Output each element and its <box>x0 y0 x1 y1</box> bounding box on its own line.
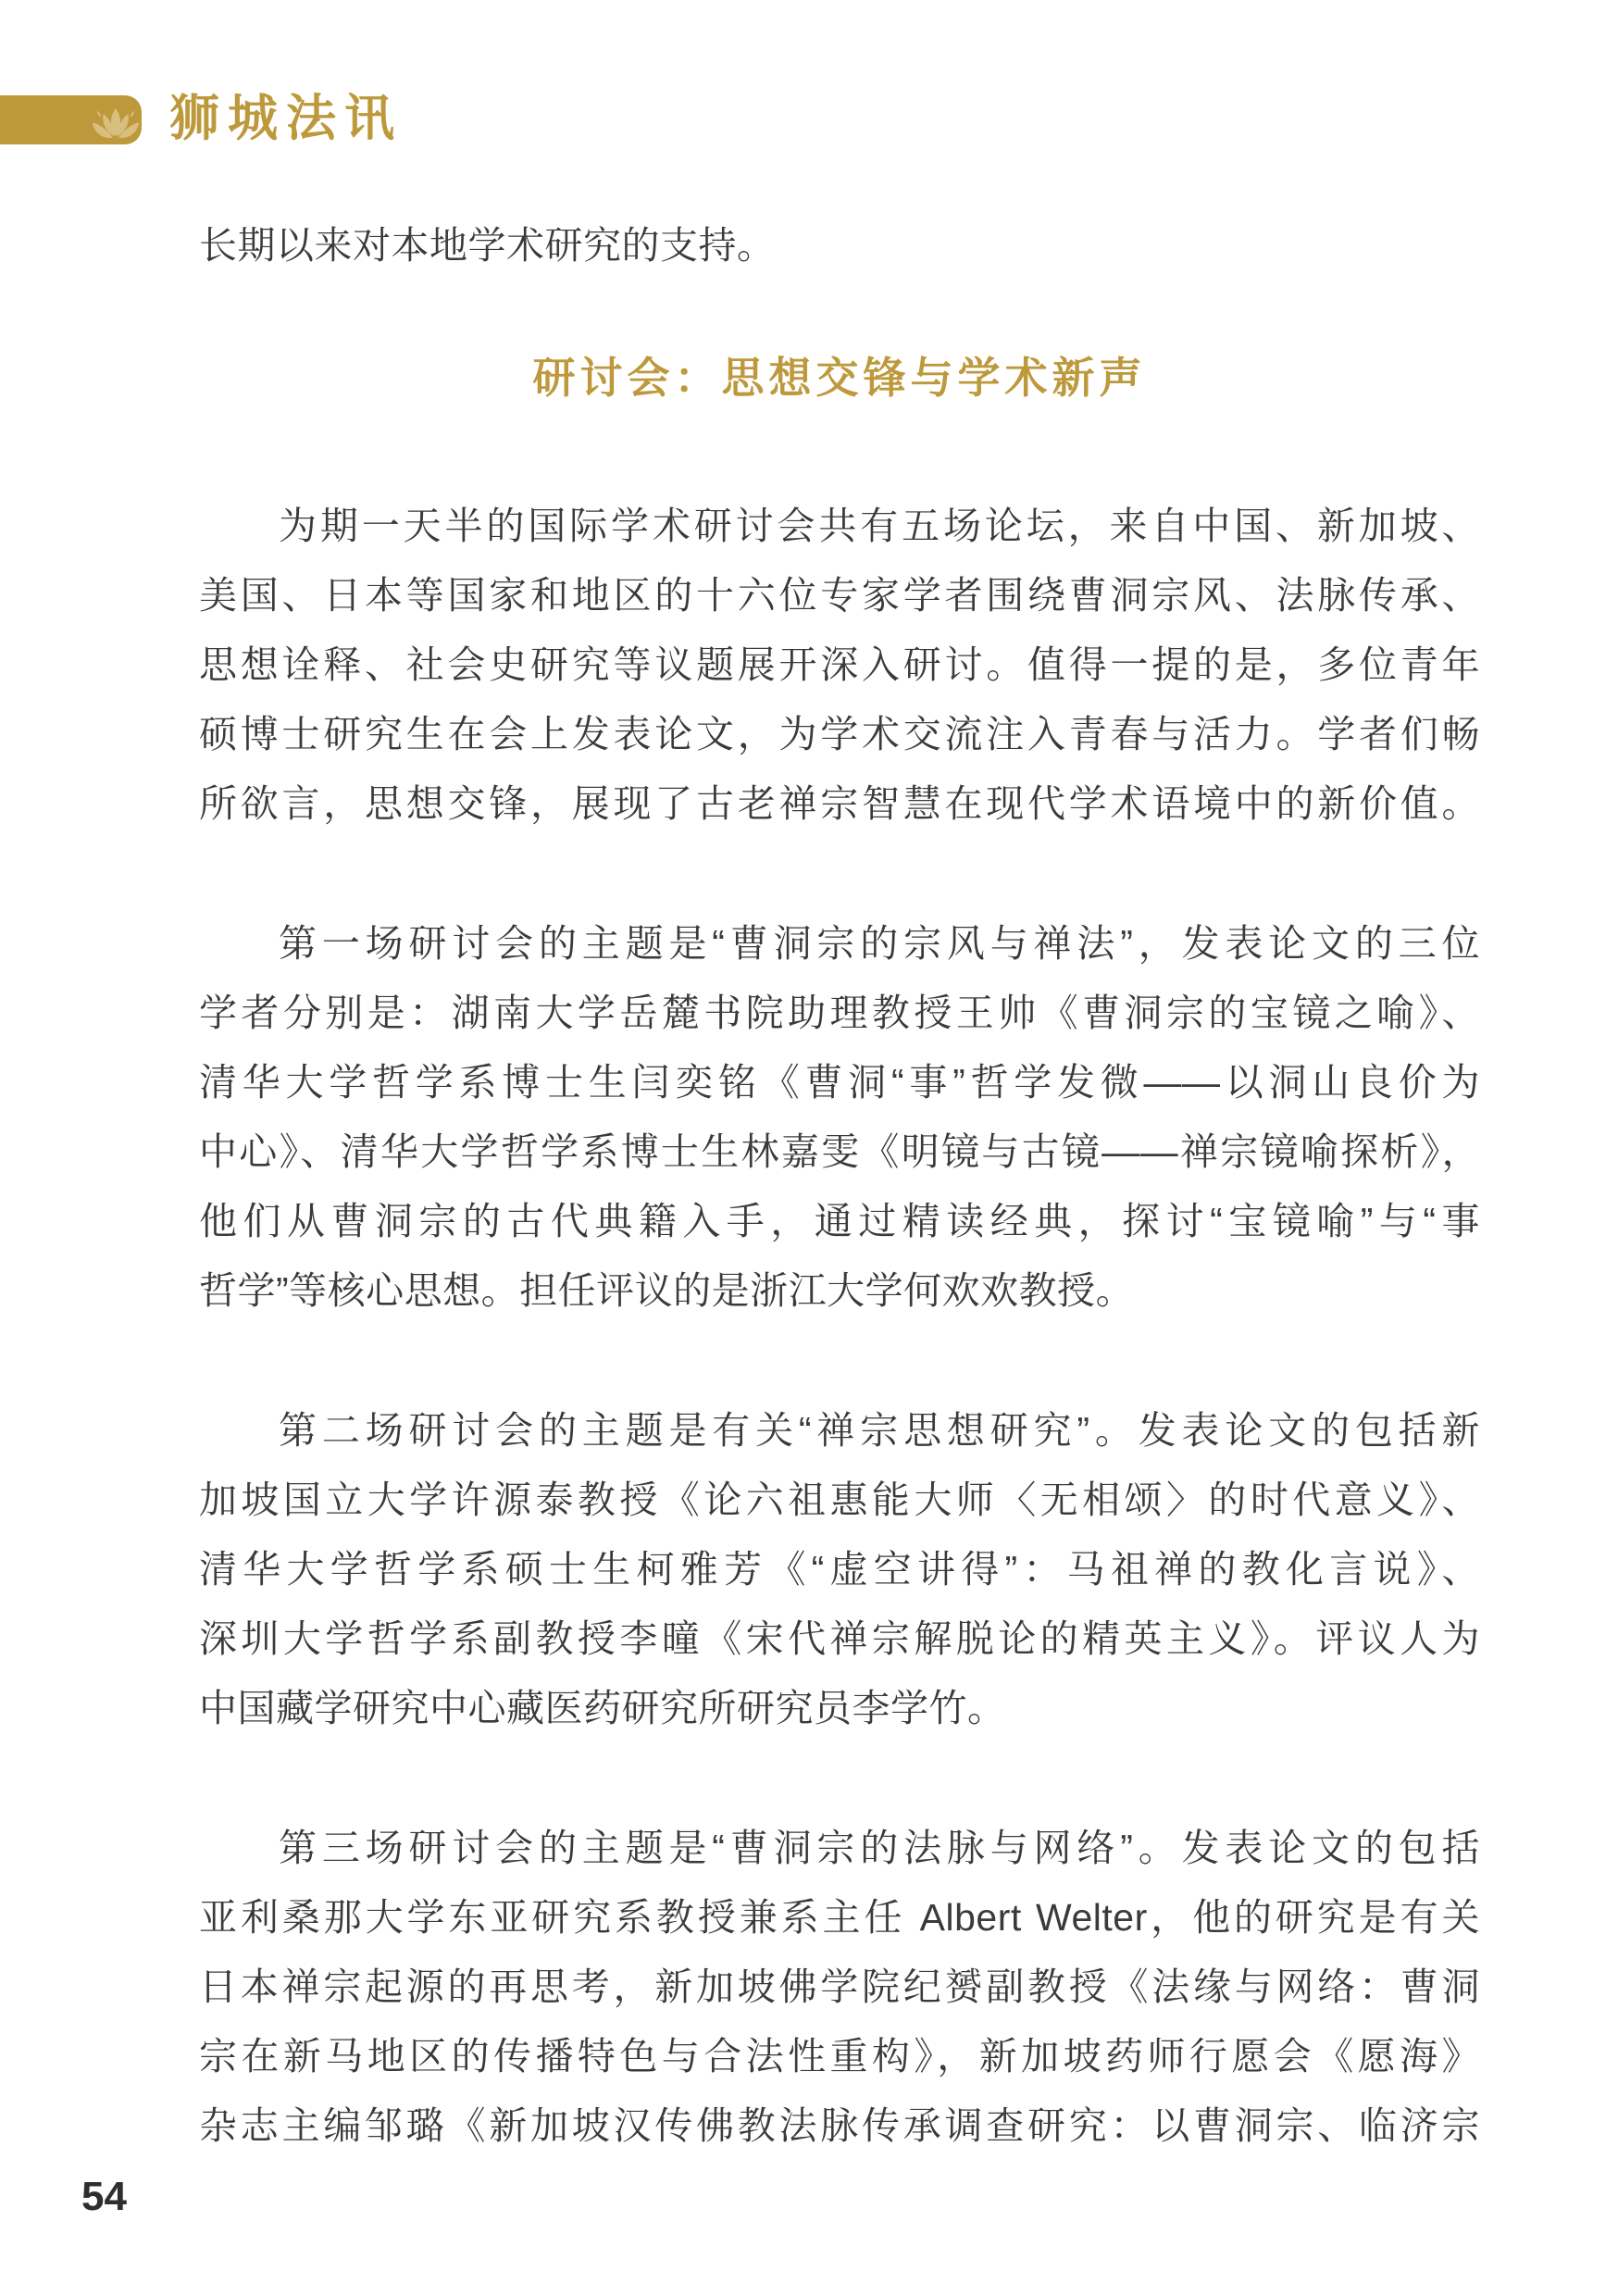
page-number: 54 <box>81 2174 127 2220</box>
text-line: 思想诠释、社会史研究等议题展开深入研讨。值得一提的是，多位青年 <box>199 630 1480 700</box>
text-line: 日本禅宗起源的再思考，新加坡佛学院纪赟副教授《法缘与网络：曹洞 <box>199 1953 1480 2022</box>
text-line: 杂志主编邹璐《新加坡汉传佛教法脉传承调查研究：以曹洞宗、临济宗 <box>199 2091 1480 2161</box>
text-line: 所欲言，思想交锋，展现了古老禅宗智慧在现代学术语境中的新价值。 <box>199 769 1480 839</box>
text-line: 第一场研讨会的主题是“曹洞宗的宗风与禅法”，发表论文的三位 <box>199 909 1480 979</box>
text-line: 硕博士研究生在会上发表论文，为学术交流注入青春与活力。学者们畅 <box>199 700 1480 769</box>
paragraph: 第一场研讨会的主题是“曹洞宗的宗风与禅法”，发表论文的三位学者分别是：湖南大学岳… <box>199 909 1480 1326</box>
article-paragraphs: 为期一天半的国际学术研讨会共有五场论坛，来自中国、新加坡、美国、日本等国家和地区… <box>199 492 1480 2161</box>
text-line: 清华大学哲学系硕士生柯雅芳《“虚空讲得”：马祖禅的教化言说》、 <box>199 1535 1480 1604</box>
text-line: 第二场研讨会的主题是有关“禅宗思想研究”。发表论文的包括新 <box>199 1396 1480 1466</box>
text-line: 学者分别是：湖南大学岳麓书院助理教授王帅《曹洞宗的宝镜之喻》、 <box>199 979 1480 1048</box>
text-line: 中心》、清华大学哲学系博士生林嘉雯《明镜与古镜——禅宗镜喻探析》， <box>199 1117 1480 1187</box>
text-line: 中国藏学研究中心藏医药研究所研究员李学竹。 <box>199 1674 1480 1743</box>
brand-title: 狮城法讯 <box>169 85 403 152</box>
paragraph: 第三场研讨会的主题是“曹洞宗的法脉与网络”。发表论文的包括亚利桑那大学东亚研究系… <box>199 1814 1480 2161</box>
section-heading: 研讨会：思想交锋与学术新声 <box>199 347 1480 408</box>
text-line: 美国、日本等国家和地区的十六位专家学者围绕曹洞宗风、法脉传承、 <box>199 561 1480 630</box>
text-line: 他们从曹洞宗的古代典籍入手，通过精读经典，探讨“宝镜喻”与“事 <box>199 1187 1480 1256</box>
lotus-icon <box>91 105 141 143</box>
paragraph: 第二场研讨会的主题是有关“禅宗思想研究”。发表论文的包括新加坡国立大学许源泰教授… <box>199 1396 1480 1743</box>
text-line: 宗在新马地区的传播特色与合法性重构》，新加坡药师行愿会《愿海》 <box>199 2022 1480 2091</box>
text-line: 第三场研讨会的主题是“曹洞宗的法脉与网络”。发表论文的包括 <box>199 1814 1480 1883</box>
magazine-page: { "branding": { "logo_text": "狮城法讯", "ac… <box>0 0 1618 2296</box>
text-line: 亚利桑那大学东亚研究系教授兼系主任 Albert Welter，他的研究是有关 <box>199 1883 1480 1953</box>
opening-line: 长期以来对本地学术研究的支持。 <box>199 211 1480 281</box>
text-line: 加坡国立大学许源泰教授《论六祖惠能大师〈无相颂〉的时代意义》、 <box>199 1466 1480 1535</box>
text-line: 深圳大学哲学系副教授李曈《宋代禅宗解脱论的精英主义》。评议人为 <box>199 1604 1480 1674</box>
article: 长期以来对本地学术研究的支持。 研讨会：思想交锋与学术新声 为期一天半的国际学术… <box>199 211 1480 2161</box>
paragraph: 为期一天半的国际学术研讨会共有五场论坛，来自中国、新加坡、美国、日本等国家和地区… <box>199 492 1480 839</box>
text-line: 哲学”等核心思想。担任评议的是浙江大学何欢欢教授。 <box>199 1256 1480 1326</box>
text-line: 为期一天半的国际学术研讨会共有五场论坛，来自中国、新加坡、 <box>199 492 1480 561</box>
brand-bar <box>0 95 142 144</box>
text-line: 清华大学哲学系博士生闫奕铭《曹洞“事”哲学发微——以洞山良价为 <box>199 1048 1480 1117</box>
